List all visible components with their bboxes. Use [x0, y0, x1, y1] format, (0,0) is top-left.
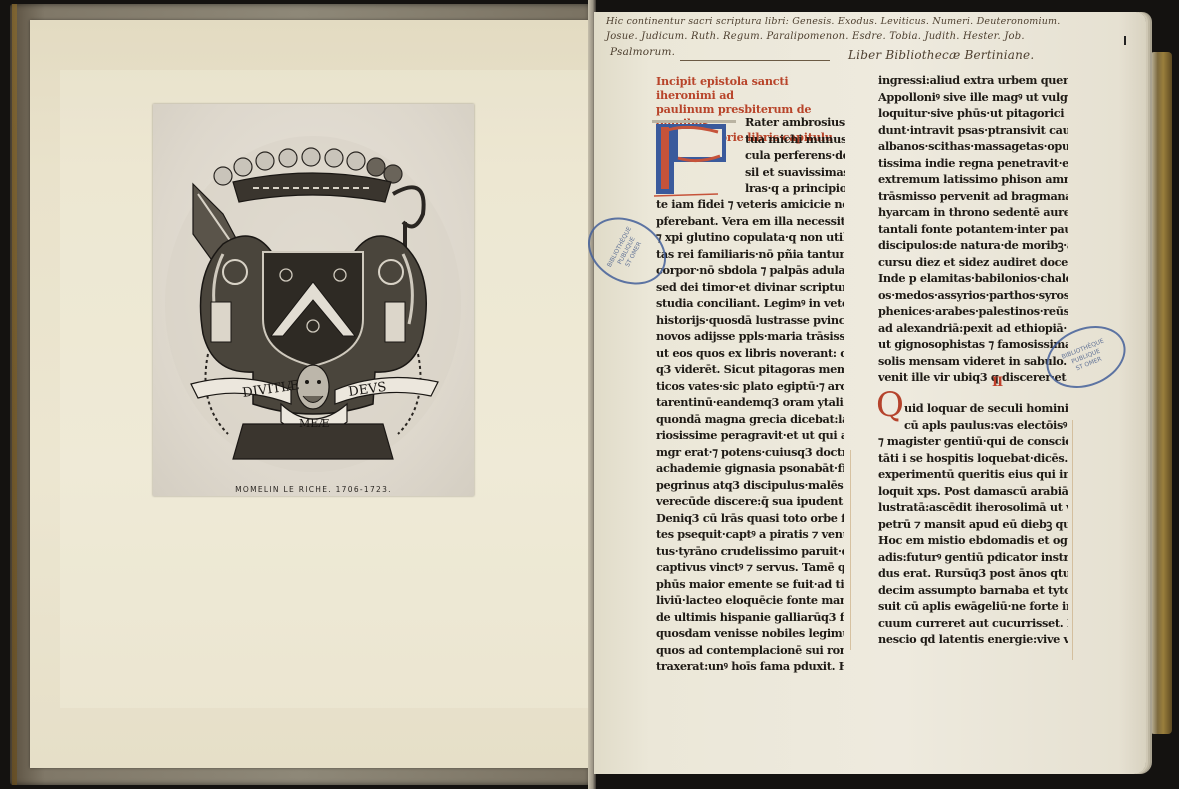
text-line: ad alexandriā:pexit ad ethiopiā· [878, 320, 1068, 337]
text-line: cuum curreret aut cucurrisset. Habet [878, 615, 1068, 632]
text-line: solis mensam videret in sabulo. In- [878, 353, 1068, 370]
text-line: decim assumpto barnaba et tyto:expo- [878, 582, 1068, 599]
text-line: tes psequit·captꝰ a piratis ⁊ venūda- [656, 526, 844, 543]
text-line: loquit xps. Post damascū arabiāq3 [878, 483, 1068, 500]
text-line: verecūde discere:q̄ sua ipudent ingerē. [656, 493, 844, 510]
text-line: novos adijsse ppls·maria trāsisse· [656, 328, 844, 345]
illuminated-initial-icon [648, 118, 736, 198]
text-line: historijs·quosdā lustrasse pvincias· [656, 312, 844, 329]
text-line: cū apls paulus:vas electōisꝰ [878, 417, 1068, 434]
book-spread: DIVITIÆ MEÆ DEVS MOMELIN LE RICHE. 1706-… [0, 0, 1179, 789]
text-line: riosissime peragravit·et ut qui athenis [656, 427, 844, 444]
text-line: dunt·intravit psas·ptransivit caucasū· [878, 122, 1068, 139]
column-1-indent: Rater ambrosius tua michi munus- cula pe… [745, 114, 845, 197]
text-line: venit ille vir ubiq3 q discerer·et semp [878, 369, 1068, 386]
bookplate-caption: MOMELIN LE RICHE. 1706-1723. [153, 485, 474, 494]
text-line: tissima indie regna penetravit·et ad [878, 155, 1068, 172]
text-line: quondā magna grecia dicebat:labo- [656, 411, 844, 428]
text-line: traxerat:unꝰ hoīs fama pduxit. Ha- [656, 658, 844, 675]
text-line: phenices·arabes·palestinos·reūsus [878, 303, 1068, 320]
text-line: Appolloniꝰ sive ille magꝰ ut vulgꝰ [878, 89, 1068, 106]
text-line: dus erat. Rursūq3 post ānos qtuor- [878, 565, 1068, 582]
text-line: achademie gignasia psonabāt·fieret [656, 460, 844, 477]
text-line: sil et suavissimas [745, 164, 845, 181]
text-line: quosdam venisse nobiles legimus·⁊ [656, 625, 844, 642]
text-line: tas rei familiaris·nō pñia tantum [656, 246, 844, 263]
text-line: lras·q a principio [745, 180, 845, 197]
text-line: petrū ⁊ mansit apud eū diebꝫ quindecī. [878, 516, 1068, 533]
text-line: discipulos:de natura·de moribꝫ·ac de [878, 237, 1068, 254]
text-line: ut gignosophistas ⁊ famosissimam [878, 336, 1068, 353]
text-line: cursu diez et sidez audiret docentem. [878, 254, 1068, 271]
text-line: cula perferens·detulit [745, 147, 845, 164]
text-line: quos ad contemplacionē sui roma nō [656, 642, 844, 659]
text-line: nescio qd latentis energie:vive vocꝭ [878, 631, 1068, 648]
text-line: adis:futurꝰ gentiū pdicator instruen- [878, 549, 1068, 566]
text-line: Deniq3 cū lrās quasi toto orbe fugien- [656, 510, 844, 527]
text-line: os·medos·assyrios·parthos·syros· [878, 287, 1068, 304]
text-line: ⁊ magister gentiū·qui de consciencia [878, 433, 1068, 450]
text-line: extremum latissimo phison amne [878, 171, 1068, 188]
text-line: ut eos quos ex libris noverant: corā [656, 345, 844, 362]
text-line: de ultimis hispanie galliarūq3 finibꝫ [656, 609, 844, 626]
text-line: q3 viderēt. Sicut pitagoras memphi- [656, 361, 844, 378]
text-line: pferebant. Vera em illa necessitudo ē· [656, 213, 844, 230]
text-line: corpor·nō sbdola ⁊ palpās adulacō [656, 262, 844, 279]
text-line: studia conciliant. Legimꝰ in veteribꝫ [656, 295, 844, 312]
text-line: tua michi munus- [745, 131, 845, 148]
column-2: ingressi:aliud extra urbem quererent. Ap… [878, 72, 1068, 386]
text-line: trāsmisso pervenit ad bragmanas·ut [878, 188, 1068, 205]
text-line: te iam fidei ⁊ veteris amicicie noua: [656, 196, 844, 213]
coat-of-arms-icon: DIVITIÆ MEÆ DEVS [153, 104, 474, 496]
text-line: loquitur·sive phūs·ut pitagorici tra- [878, 105, 1068, 122]
text-line: pegrinus atq3 discipulus·malēs aliena [656, 477, 844, 494]
manuscript-note-line-3: Psalmorum. [610, 46, 675, 58]
column-1: te iam fidei ⁊ veteris amicicie noua: pf… [656, 196, 844, 675]
text-line: Hoc em mistio ebdomadis et ogdo- [878, 532, 1068, 549]
text-line: suit cū aplis ewāgeliū·ne forte in va- [878, 598, 1068, 615]
ownership-note: Liber Bibliothecæ Bertiniane. [848, 48, 1034, 62]
column-2-continued: uid loquar de seculi hominibꝫ· cū apls p… [878, 400, 1068, 648]
margin-flourish [850, 450, 851, 650]
note-underline [680, 60, 830, 61]
text-line: ticos vates·sic plato egiptū·⁊ architā [656, 378, 844, 395]
armorial-bookplate: DIVITIÆ MEÆ DEVS MOMELIN LE RICHE. 1706-… [153, 104, 474, 496]
text-line: Rater ambrosius [745, 114, 845, 131]
text-line: tantali fonte potantem·inter paucos [878, 221, 1068, 238]
rubric-line: Incipit epistola sancti iheronimi ad [656, 74, 846, 102]
text-line: hyarcam in throno sedentē aureo et de [878, 204, 1068, 221]
text-line: albanos·scithas·massagetas·opulē- [878, 138, 1068, 155]
text-line: lustratā:ascēdit iherosolimā ut vidēt [878, 499, 1068, 516]
text-line: tāti i se hospitis loquebat·dicēs. An [878, 450, 1068, 467]
text-line: phūs maior emente se fuit·ad titum [656, 576, 844, 593]
text-line: tarentinū·eandemq3 oram ytalie·que [656, 394, 844, 411]
motto-center: MEÆ [299, 417, 329, 430]
margin-flourish [1072, 420, 1073, 660]
text-line: ingressi:aliud extra urbem quererent. [878, 72, 1068, 89]
manuscript-note-line-1: Hic continentur sacri scriptura libri: G… [606, 16, 1061, 27]
manuscript-note-line-2: Josue. Judicum. Ruth. Regum. Paralipomen… [606, 31, 1025, 42]
text-line: sed dei timor·et divinar scripturarū [656, 279, 844, 296]
text-line: mgr erat·⁊ potens·cuiusq3 doctrinas [656, 444, 844, 461]
text-line: experimentū queritis eius qui in me [878, 466, 1068, 483]
text-line: captivus vinctꝰ ⁊ servus. Tamē quia [656, 559, 844, 576]
text-line: uid loquar de seculi hominibꝫ· [878, 400, 1068, 417]
chapter-marker: II [992, 375, 1002, 390]
text-line: ⁊ xpi glutino copulata·q non utili- [656, 229, 844, 246]
text-line: Inde p elamitas·babilonios·chalde- [878, 270, 1068, 287]
text-line: tus·tyrāno crudelissimo paruit·ductꝰ [656, 543, 844, 560]
fore-edge [1150, 52, 1172, 734]
text-line: liviū·lacteo eloquēcie fonte manantē· [656, 592, 844, 609]
folio-number-mark [1124, 36, 1126, 45]
